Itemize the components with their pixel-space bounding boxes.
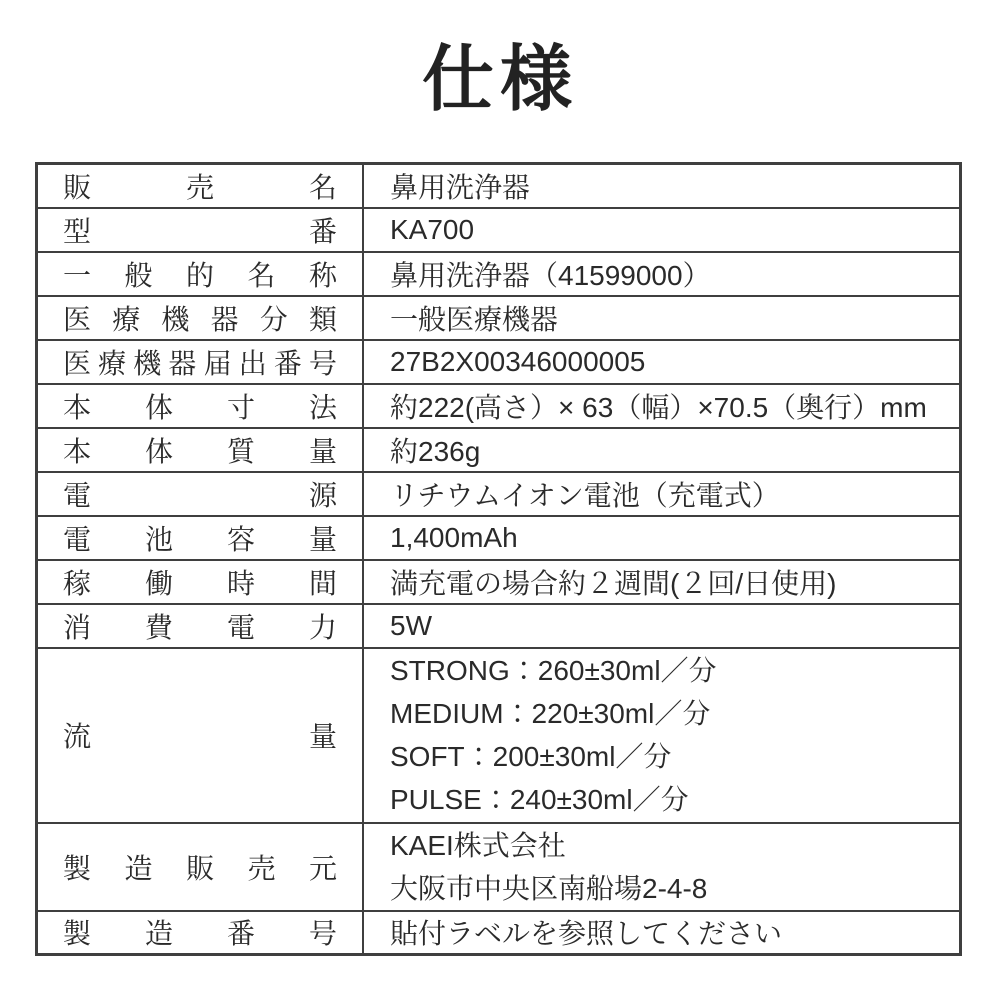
spec-value: 満充電の場合約２週間(２回/日使用) [363,560,961,604]
spec-label: 電池容量 [37,516,364,560]
table-row-sales-name: 販売名 鼻用洗浄器 [37,164,961,208]
title-banner: 仕様 [37,28,963,136]
table-row-manufacturer: 製造販売元 KAEI株式会社 大阪市中央区南船場2-4-8 [37,823,961,911]
spec-value: 約236g [363,428,961,472]
spec-value: 鼻用洗浄器 [363,164,961,208]
spec-value: KAEI株式会社 大阪市中央区南船場2-4-8 [363,823,961,911]
spec-label: 型番 [37,208,364,252]
spec-value: 鼻用洗浄器（41599000） [363,252,961,296]
table-row-notification-number: 医療機器届出番号 27B2X00346000005 [37,340,961,384]
spec-label: 消費電力 [37,604,364,648]
spec-value: 5W [363,604,961,648]
spec-label: 電源 [37,472,364,516]
spec-label: 医療機器分類 [37,296,364,340]
flow-rate-strong: STRONG：260±30ml／分 [390,649,949,692]
spec-value: KA700 [363,208,961,252]
spec-label: 販売名 [37,164,364,208]
manufacturer-address: 大阪市中央区南船場2-4-8 [390,867,949,910]
manufacturer-name: KAEI株式会社 [390,824,949,867]
spec-value: 約222(高さ）× 63（幅）×70.5（奥行）mm [363,384,961,428]
spec-value: 貼付ラベルを参照してください [363,911,961,955]
spec-value: リチウムイオン電池（充電式） [363,472,961,516]
spec-sheet-page: 仕様 販売名 鼻用洗浄器 型番 KA700 一般的名称 鼻用洗浄器（415990… [0,0,1000,1000]
spec-label: 製造販売元 [37,823,364,911]
spec-value: 1,400mAh [363,516,961,560]
flow-rate-soft: SOFT：200±30ml／分 [390,735,949,778]
spec-label: 一般的名称 [37,252,364,296]
table-row-dimensions: 本体寸法 約222(高さ）× 63（幅）×70.5（奥行）mm [37,384,961,428]
table-row-battery-capacity: 電池容量 1,400mAh [37,516,961,560]
spec-value: 27B2X00346000005 [363,340,961,384]
table-row-power-source: 電源 リチウムイオン電池（充電式） [37,472,961,516]
table-row-weight: 本体質量 約236g [37,428,961,472]
table-row-operating-time: 稼働時間 満充電の場合約２週間(２回/日使用) [37,560,961,604]
page-title: 仕様 [422,44,578,116]
spec-value: 一般医療機器 [363,296,961,340]
table-row-serial-number: 製造番号 貼付ラベルを参照してください [37,911,961,955]
spec-value: STRONG：260±30ml／分 MEDIUM：220±30ml／分 SOFT… [363,648,961,823]
spec-table: 販売名 鼻用洗浄器 型番 KA700 一般的名称 鼻用洗浄器（41599000）… [35,162,962,956]
table-row-device-class: 医療機器分類 一般医療機器 [37,296,961,340]
flow-rate-pulse: PULSE：240±30ml／分 [390,778,949,821]
spec-label: 本体寸法 [37,384,364,428]
table-row-model-number: 型番 KA700 [37,208,961,252]
flow-rate-medium: MEDIUM：220±30ml／分 [390,692,949,735]
spec-label: 医療機器届出番号 [37,340,364,384]
table-row-flow-rate: 流量 STRONG：260±30ml／分 MEDIUM：220±30ml／分 S… [37,648,961,823]
spec-label: 製造番号 [37,911,364,955]
table-row-power-consumption: 消費電力 5W [37,604,961,648]
table-row-generic-name: 一般的名称 鼻用洗浄器（41599000） [37,252,961,296]
spec-label: 流量 [37,648,364,823]
spec-label: 稼働時間 [37,560,364,604]
spec-label: 本体質量 [37,428,364,472]
